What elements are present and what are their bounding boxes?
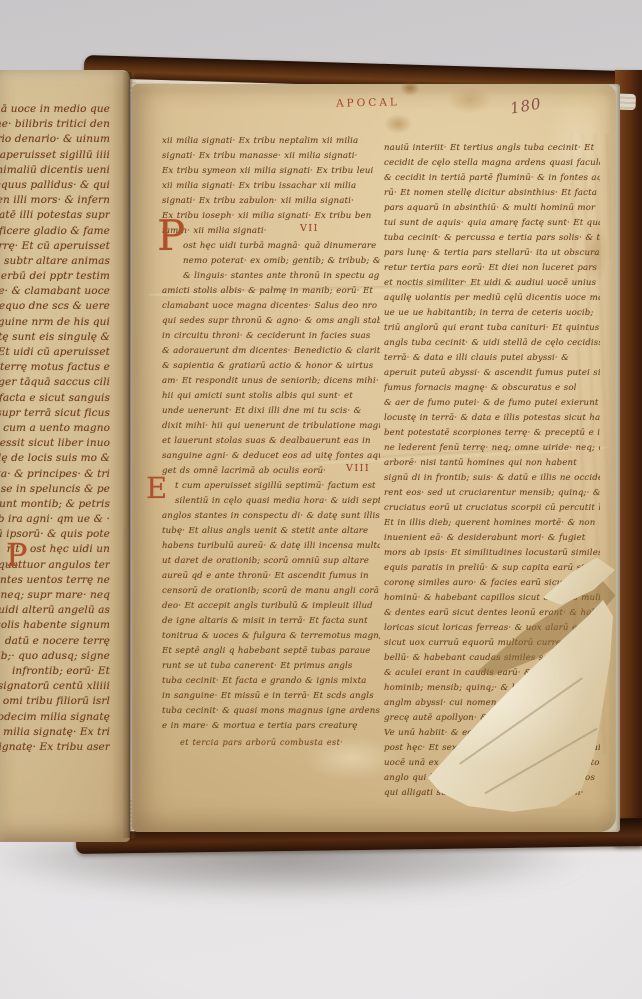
manuscript-line: tuba cecinit· & percussa e tertia pars s…: [384, 231, 600, 246]
photo-background: quā uoce in medio queeme· bilibris triti…: [0, 0, 642, 999]
manuscript-line: tubę· Et alius angls uenit & stetit ante…: [162, 524, 380, 539]
manuscript-line: amicti stolis albis· & palmę in manib; e…: [162, 284, 380, 299]
chapter-7-paragraph: amicti stolis albis· & palmę in manib; e…: [162, 284, 380, 479]
manuscript-line: unde uenerunt· Et dixi illi dne mi tu sc…: [162, 404, 380, 419]
manuscript-line: in sanguine· Et missū e in terrā· Et scd…: [162, 689, 380, 704]
manuscript-line: a signatę· Ex tribu aser: [0, 740, 110, 755]
manuscript-line: rficere gladio & fame: [0, 224, 110, 239]
manuscript-line: Et septē angli q habebant septē tubas pa…: [162, 644, 380, 659]
manuscript-line: clamabant uoce magna dicentes· Salus deo…: [162, 299, 380, 314]
manuscript-line: & datę sunt eis singulę: [0, 330, 110, 345]
manuscript-line: ante· & clamabant uoce: [0, 284, 110, 299]
running-header: APOCAL: [336, 96, 400, 109]
manuscript-line: nomen illi mors· & infern: [0, 193, 110, 208]
manuscript-line: terrā· & data e illi clauis putei abyssi…: [384, 351, 600, 366]
manuscript-line: uerbū dei pptr testim: [0, 269, 110, 284]
manuscript-line: ne lederent fenū terrę· neq; omne uiride…: [384, 441, 600, 456]
manuscript-line: recessit sicut liber inuo: [0, 436, 110, 451]
manuscript-line: acunt montib; & petris: [0, 497, 110, 512]
rubric-initial-e: E: [146, 474, 167, 502]
manuscript-line: xii milia signati· Ex tribu issachar xii…: [162, 179, 380, 194]
manuscript-line: & cecidit in tertiā partē fluminū· & in …: [384, 171, 600, 186]
manuscript-line: locustę in terrā· & data e illis potesta…: [384, 411, 600, 426]
manuscript-line: deo· Et accepit angls turibulū & impleui…: [162, 599, 380, 614]
manuscript-line: arborē· nisi tantū homines qui non haben…: [384, 456, 600, 471]
manuscript-line: qui sedes supr thronū & agno· & oms angl…: [162, 314, 380, 329]
manuscript-line: ue ue ue habitantib; in terra de ceteris…: [384, 306, 600, 321]
manuscript-line: angls tuba cecinit· & uidi stellā de cęl…: [384, 336, 600, 351]
manuscript-line: sanguine agni· & deducet eos ad uitę fon…: [162, 449, 380, 464]
manuscript-line: signati· Ex tribu manasse· xii milia sig…: [162, 149, 380, 164]
manuscript-line: & aer de fumo putei· & de fumo putei exi…: [384, 396, 600, 411]
manuscript-line: neq; supr mare· neq;: [0, 588, 110, 603]
manuscript-line: equis paratis in preliū· & sup capita ea…: [384, 561, 600, 576]
manuscript-line: sanguine nrm de his qui: [0, 315, 110, 330]
manuscript-line: uidi alterū angelū as: [0, 603, 110, 618]
manuscript-line: inuenient eā· & desiderabunt mori· & fug…: [384, 531, 600, 546]
manuscript-line: & adorauerunt dm dicentes· Benedictio & …: [162, 344, 380, 359]
manuscript-line: silentiū in cęlo quasi media hora· & uid…: [162, 494, 380, 509]
manuscript-line: rū milia signatę· Ex tri: [0, 725, 110, 740]
manuscript-line: rio denario· & uinum: [0, 132, 110, 147]
manuscript-line: ecce equus pallidus· & qui: [0, 178, 110, 193]
manuscript-line: tuba cecinit· Et facta e grando & ignis …: [162, 674, 380, 689]
open-manuscript-book: quā uoce in medio queeme· bilibris triti…: [0, 0, 642, 999]
manuscript-line: datū e nocere terrę: [0, 634, 110, 649]
manuscript-line: eme· bilibris tritici den: [0, 117, 110, 132]
manuscript-line: am· Et respondit unus de seniorib; dicen…: [162, 374, 380, 389]
manuscript-line: omi tribu filiorū isrl: [0, 694, 110, 709]
manuscript-line: aquilę uolantis per mediū cęlū dicentis …: [384, 291, 600, 306]
chapter-8-paragraph: anglos stantes in conspectu di· & datę s…: [162, 509, 380, 734]
manuscript-line: retur tertia pars eorū· Et diei non luce…: [384, 261, 600, 276]
manuscript-line: censorū de orationib; scorū de manu angl…: [162, 584, 380, 599]
manuscript-line: cę terrę motus factus e: [0, 360, 110, 375]
manuscript-line: t cum aperuisset sigillū septimū· factum…: [162, 479, 380, 494]
manuscript-line: habens turibulū aureū· & datę illi incen…: [162, 539, 380, 554]
manuscript-line: os· cum a uento magno: [0, 421, 110, 436]
manuscript-line: signati· Ex tribu zabulon· xii milia sig…: [162, 194, 380, 209]
manuscript-line: triū anglorū qui erant tuba canituri· Et…: [384, 321, 600, 336]
manuscript-line: dixit mihi· hii qui uenerunt de tribulat…: [162, 419, 380, 434]
manuscript-line: Et in illis dieb; querent homines mortē·…: [384, 516, 600, 531]
manuscript-line: ut daret de orationib; scorū omniū sup a…: [162, 554, 380, 569]
manuscript-line: aureū qd e ante thronū· Et ascendit fumu…: [162, 569, 380, 584]
manuscript-line: e in mare· & mortua e tertia pars creatu…: [162, 719, 380, 734]
manuscript-line: cecidit de cęlo stella magna ardens quas…: [384, 156, 600, 171]
manuscript-line: terrę· Et cū aperuisset: [0, 239, 110, 254]
manuscript-line: anglos stantes in conspectu di· & datę s…: [162, 509, 380, 524]
manuscript-line: cū aperuisset sigillū iiii: [0, 148, 110, 163]
manuscript-line: rent eos· sed ut cruciarentur mensib; qu…: [384, 486, 600, 501]
text-column-left: xii milia signati· Ex tribu neptalim xii…: [162, 134, 380, 760]
manuscript-line: ost hęc uidi turbā magnā· quā dinumerare: [162, 239, 380, 254]
manuscript-line: in circuitu throni· & ceciderunt in faci…: [162, 329, 380, 344]
manuscript-line: runt se ut tuba canerent· Et primus angl…: [162, 659, 380, 674]
stain: [384, 114, 412, 134]
manuscript-line: cruciatus eorū ut cruciatus scorpii cū p…: [384, 501, 600, 516]
manuscript-line: signatorū centū xliiii: [0, 679, 110, 694]
manuscript-line: fumus fornacis magnę· & obscuratus e sol: [384, 381, 600, 396]
manuscript-line: tui sunt de aquis· quia amarę factę sunt…: [384, 216, 600, 231]
manuscript-line: unt se in speluncis & pe: [0, 482, 110, 497]
manuscript-line: hii qui amicti sunt stolis albis qui sun…: [162, 389, 380, 404]
manuscript-line: rū· Et nomen stellę dicitur absinthius· …: [384, 186, 600, 201]
manuscript-line: uidi subtr altare animas: [0, 254, 110, 269]
manuscript-line: & linguis· stantes ante thronū in spectu…: [162, 269, 380, 284]
chapter-7-paragraph-head: ost hęc uidi turbā magnā· quā dinumerare…: [162, 239, 380, 284]
manuscript-line: pars aquarū in absinthiū· & multi hominū…: [384, 201, 600, 216]
chapter-numeral-viii: VIII: [346, 463, 370, 475]
chapter-numeral-vii: VII: [300, 223, 319, 235]
manuscript-line: tenentes uentos terrę ne: [0, 573, 110, 588]
manuscript-line: duodecim milia signatę: [0, 710, 110, 725]
manuscript-line: ta· & principes· & tri: [0, 467, 110, 482]
manuscript-line: nauiū interiit· Et tertius angls tuba ce…: [384, 141, 600, 156]
manuscript-line: mors ab ipsis· Et similitudines locustar…: [384, 546, 600, 561]
manuscript-line: tuba cecinit· & quasi mons magnus igne a…: [162, 704, 380, 719]
manuscript-line: bent potestatē scorpiones terrę· & prece…: [384, 426, 600, 441]
manuscript-line: solis habente signum: [0, 618, 110, 633]
manuscript-line: nt supr terrā sicut ficus: [0, 406, 110, 421]
rubric-initial-p-left-page: P: [6, 540, 28, 570]
manuscript-line: nemo poterat· ex omib; gentib; & tribub;…: [162, 254, 380, 269]
manuscript-line: de igne altaris & misit in terrā· Et fac…: [162, 614, 380, 629]
left-page: quā uoce in medio queeme· bilibris triti…: [0, 70, 130, 842]
left-page-text: quā uoce in medio queeme· bilibris triti…: [0, 102, 110, 755]
manuscript-line: et lauerunt stolas suas & dealbauerunt e…: [162, 434, 380, 449]
manuscript-line: signū di in frontib; suis· & datū e illi…: [384, 471, 600, 486]
catchline: et tercia pars arborū combusta est·: [180, 737, 343, 747]
manuscript-line: & sapientia & gratiarū actio & honor & u…: [162, 359, 380, 374]
manuscript-line: quā uoce in medio que: [0, 102, 110, 117]
manuscript-line: xii milia signati· Ex tribu neptalim xii…: [162, 134, 380, 149]
manuscript-line: et noctis similiter· Et uidi & audiui uo…: [384, 276, 600, 291]
manuscript-line: · & ab ira agni· qm ue: [0, 512, 110, 527]
manuscript-line: Ex tribu symeon xii milia signati· Ex tr…: [162, 164, 380, 179]
manuscript-line: te· Et uidi cū aperuisset: [0, 345, 110, 360]
folio-number: 180: [509, 94, 543, 117]
manuscript-line: iamin· xii milia signati·: [162, 224, 380, 239]
manuscript-line: usquequo dne scs & uere: [0, 299, 110, 314]
rubric-initial-p: P: [157, 216, 185, 256]
manuscript-line: tatē illi potestas supr: [0, 208, 110, 223]
manuscript-line: pars lunę· & tertia pars stellarū· ita u…: [384, 246, 600, 261]
stain: [448, 86, 492, 114]
manuscript-line: ta facta e sicut sanguis: [0, 391, 110, 406]
chapter-8-paragraph-head: t cum aperuisset sigillū septimū· factum…: [162, 479, 380, 509]
manuscript-line: tonitrua & uoces & fulgura & terremotus …: [162, 629, 380, 644]
manuscript-line: animaliū dicentis ueni: [0, 163, 110, 178]
manuscript-line: orib;· quo adusq; signe: [0, 649, 110, 664]
tribes-section: xii milia signati· Ex tribu neptalim xii…: [162, 134, 380, 239]
manuscript-line: & insulę de locis suis mo: [0, 451, 110, 466]
manuscript-line: aperuit puteū abyssi· & ascendit fumus p…: [384, 366, 600, 381]
manuscript-line: Ex tribu ioseph· xii milia signati· Ex t…: [162, 209, 380, 224]
manuscript-line: infrontib; eorū· Et: [0, 664, 110, 679]
manuscript-line: niger tāquā saccus cili: [0, 375, 110, 390]
